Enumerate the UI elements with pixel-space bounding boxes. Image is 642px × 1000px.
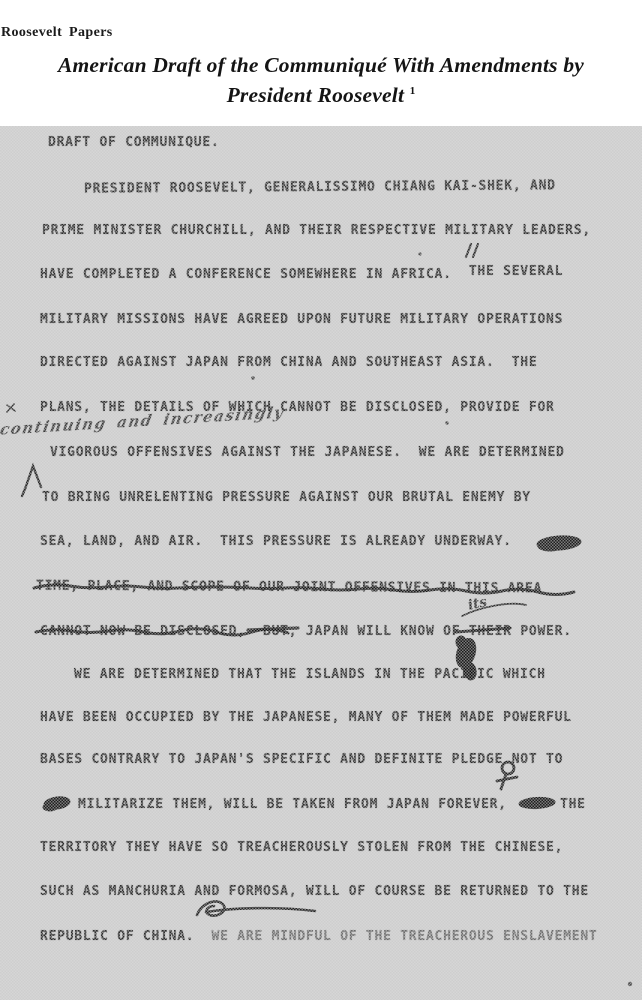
speck (252, 253, 632, 986)
strikethrough-their (456, 628, 510, 632)
loop-scribble-icon (197, 901, 315, 915)
title-line-2: President Roosevelt (227, 83, 405, 107)
strikethrough-line (248, 628, 298, 630)
ink-blot-icon (453, 636, 479, 681)
scribble-blob-icon (43, 795, 71, 811)
scribble-blob-icon (537, 534, 582, 551)
insertion-tick-icon (466, 244, 478, 257)
ampersand-scrawl-icon (497, 762, 517, 789)
footnote-marker: 1 (410, 85, 416, 97)
page-header: Roosevelt Papers American Draft of the C… (0, 0, 642, 126)
collection-label: Roosevelt Papers (1, 25, 113, 41)
its-swash (462, 604, 526, 616)
margin-tick-icon (7, 404, 15, 412)
insertion-caret-icon (22, 466, 41, 496)
document-title: American Draft of the Communiqué With Am… (0, 52, 642, 108)
scanned-document: DRAFT OF COMMUNIQUE. PRESIDENT ROOSEVELT… (0, 126, 642, 1000)
strikethrough-line (34, 585, 574, 595)
scribble-blob-icon (519, 797, 556, 810)
ink-marks-overlay (0, 126, 642, 1000)
title-line-1: American Draft of the Communiqué With Am… (58, 53, 584, 77)
